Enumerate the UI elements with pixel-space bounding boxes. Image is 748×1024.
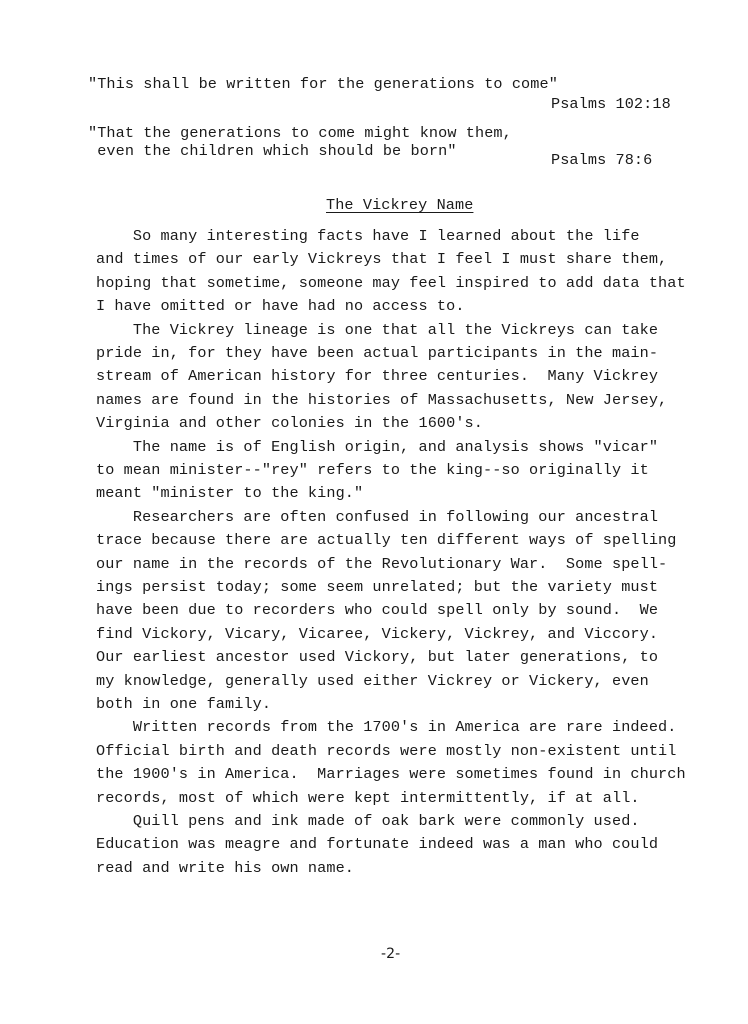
body-line: names are found in the histories of Mass… (96, 391, 667, 409)
body-line: meant "minister to the king." (96, 484, 363, 502)
body-line: find Vickory, Vicary, Vicaree, Vickery, … (96, 625, 658, 643)
body-line: Our earliest ancestor used Vickory, but … (96, 648, 658, 666)
body-line: Researchers are often confused in follow… (96, 508, 658, 526)
body-line: hoping that sometime, someone may feel i… (96, 274, 686, 292)
document-page: "This shall be written for the generatio… (0, 0, 748, 1024)
epigraph-1-line-1: "This shall be written for the generatio… (88, 75, 558, 93)
body-line: to mean minister--"rey" refers to the ki… (96, 461, 649, 479)
body-line: So many interesting facts have I learned… (96, 227, 640, 245)
body-line: trace because there are actually ten dif… (96, 531, 676, 549)
body-line: Virginia and other colonies in the 1600'… (96, 414, 483, 432)
page-number: -2- (381, 945, 400, 963)
body-line: Official birth and death records were mo… (96, 742, 676, 760)
body-line: ings persist today; some seem unrelated;… (96, 578, 658, 596)
epigraph-2-line-1: "That the generations to come might know… (88, 124, 512, 142)
body-line: both in one family. (96, 695, 271, 713)
page-title: The Vickrey Name (326, 196, 473, 214)
body-line: Education was meagre and fortunate indee… (96, 835, 658, 853)
epigraph-2-line-2: even the children which should be born" (88, 142, 457, 160)
body-line: The name is of English origin, and analy… (96, 438, 658, 456)
body-line: have been due to recorders who could spe… (96, 601, 658, 619)
epigraph-2-citation: Psalms 78:6 (551, 151, 652, 169)
epigraph-1-citation: Psalms 102:18 (551, 95, 671, 113)
body-line: the 1900's in America. Marriages were so… (96, 765, 686, 783)
body-line: I have omitted or have had no access to. (96, 297, 465, 315)
body-line: our name in the records of the Revolutio… (96, 555, 667, 573)
body-line: stream of American history for three cen… (96, 367, 658, 385)
body-line: my knowledge, generally used either Vick… (96, 672, 649, 690)
body-line: pride in, for they have been actual part… (96, 344, 658, 362)
body-line: The Vickrey lineage is one that all the … (96, 321, 658, 339)
body-line: Quill pens and ink made of oak bark were… (96, 812, 640, 830)
body-line: Written records from the 1700's in Ameri… (96, 718, 676, 736)
body-line: read and write his own name. (96, 859, 354, 877)
body-line: and times of our early Vickreys that I f… (96, 250, 667, 268)
body-line: records, most of which were kept intermi… (96, 789, 640, 807)
